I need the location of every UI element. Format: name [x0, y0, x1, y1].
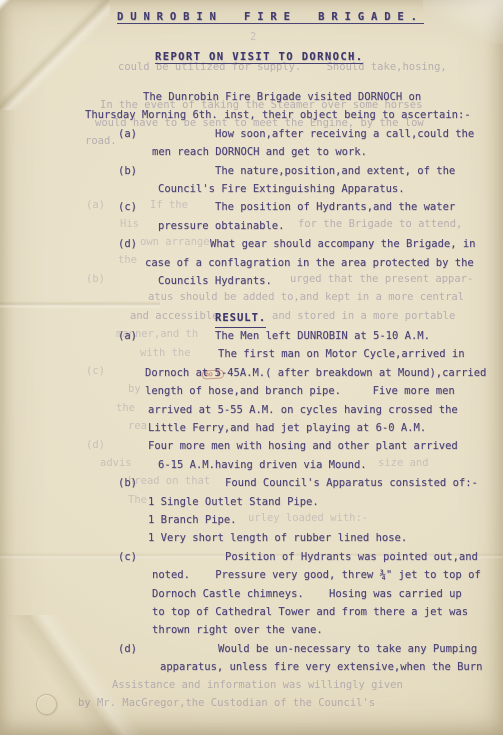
document-body: The Dunrobin Fire Brigade visited DORNOC… — [0, 88, 503, 677]
doc-line: pressure obtainable. — [0, 217, 503, 235]
result-item-b-line: (b)Found Council's Apparatus consisted o… — [0, 474, 503, 492]
doc-line: noted. Pressure very good, threw ¾" jet … — [0, 566, 503, 584]
doc-line: Council's Fire Extinguishing Apparatus. — [0, 180, 503, 198]
result-item-a-line: (a)The Men left DUNROBIN at 5-10 A.M. — [0, 327, 503, 345]
document-page: could be utilized for supply. Should tak… — [0, 0, 503, 735]
doc-line: men reach DORNOCH and get to work. — [0, 143, 503, 161]
doc-line: arrived at 5-55 A.M. on cycles having cr… — [0, 401, 503, 419]
ghost-text: could be utilized for supply. Should tak… — [118, 58, 447, 76]
embossed-seal — [36, 694, 57, 715]
doc-line: Councils Hydrants. — [0, 272, 503, 290]
result-item-c-line: (c)Position of Hydrants was pointed out,… — [0, 548, 503, 566]
item-b-line: (b)The nature,position,and extent, of th… — [0, 162, 503, 180]
doc-line: Four more men with hosing and other plan… — [0, 437, 503, 455]
result-heading: RESULT. — [0, 309, 503, 327]
document-title: DUNROBIN FIRE BRIGADE. — [0, 0, 503, 29]
doc-line: The Dunrobin Fire Brigade visited DORNOC… — [0, 88, 503, 106]
item-c-line: (c)The position of Hydrants,and the wate… — [0, 198, 503, 216]
ghost-page-number: 2 — [250, 28, 256, 46]
doc-line: Little Ferry,and had jet playing at 6-0 … — [0, 419, 503, 437]
doc-line: Dornoch Castle chimneys. Hosing was carr… — [0, 585, 503, 603]
ghost-text: Assistance and information was willingly… — [112, 676, 403, 694]
doc-line: apparatus, unless fire very extensive,wh… — [0, 658, 503, 676]
result-item-d-line: (d)Would be un-necessary to take any Pum… — [0, 640, 503, 658]
doc-line: The first man on Motor Cycle,arrived in — [0, 345, 503, 363]
doc-line: thrown right over the vane. — [0, 621, 503, 639]
doc-line: Dornoch at 5-45A.M.( after breakdown at … — [0, 364, 503, 382]
doc-line: 6-15 A.M.having driven via Mound. — [0, 456, 503, 474]
doc-line: to top of Cathedral Tower and from there… — [0, 603, 503, 621]
apparatus-list-item: 1 Very short length of rubber lined hose… — [0, 529, 503, 547]
apparatus-list-item: 1 Branch Pipe. — [0, 511, 503, 529]
doc-line: Thursday Morning 6th. inst, their object… — [0, 106, 503, 124]
ghost-text: atus should be added to,and kept in a mo… — [148, 288, 464, 306]
doc-line: case of a conflagration in the area prot… — [0, 254, 503, 272]
item-d-line: (d)What gear should accompany the Brigad… — [0, 235, 503, 253]
ghost-text: by Mr. MacGregor,the Custodian of the Co… — [78, 694, 375, 712]
doc-line: length of hose,and branch pipe. Five mor… — [0, 382, 503, 400]
apparatus-list-item: 1 Single Outlet Stand Pipe. — [0, 493, 503, 511]
item-a-line: (a)How soon,after receiving a call,could… — [0, 125, 503, 143]
